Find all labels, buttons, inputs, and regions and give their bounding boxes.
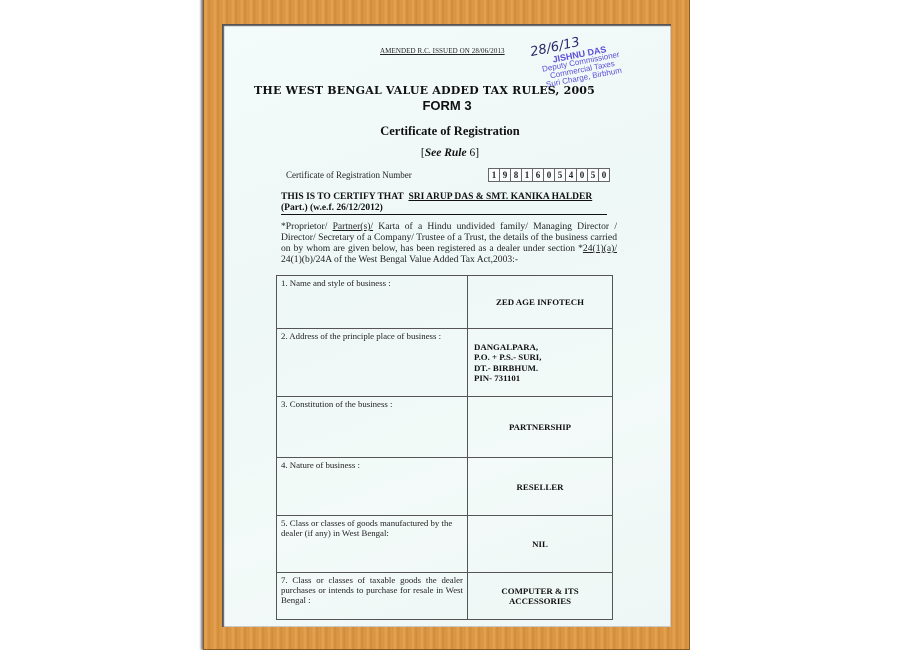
registration-digit: 0 [598,168,610,182]
row-label: 5. Class or classes of goods manufacture… [277,516,468,573]
certificate-title: Certificate of Registration [0,124,900,139]
address-line: DT.- BIRBHUM. [474,363,608,374]
registration-number-label: Certificate of Registration Number [286,170,412,180]
manufactured-goods-value: NIL [468,516,613,573]
address-value: DANGALPARA, P.O. + P.S.- SURI, DT.- BIRB… [468,329,613,397]
goods-line: COMPUTER & ITS [472,586,608,596]
see-rule-italic: See Rule [425,147,467,159]
form-title: FORM 3 [0,98,900,113]
address-line: PIN- 731101 [474,373,608,384]
table-row: 1. Name and style of business : ZED AGE … [277,276,613,329]
row-label: 4. Nature of business : [277,458,468,516]
certify-statement: THIS IS TO CERTIFY THAT SRI ARUP DAS & S… [281,192,611,215]
para-part1: *Proprietor/ [281,221,333,232]
address-line: DANGALPARA, [474,342,608,353]
goods-line: ACCESSORIES [472,596,608,606]
business-name-value: ZED AGE INFOTECH [468,276,613,329]
rules-title: THE WEST BENGAL VALUE ADDED TAX RULES, 2… [254,84,595,97]
table-row: 7. Class or classes of taxable goods the… [277,573,613,620]
row-label: 1. Name and style of business : [277,276,468,329]
row-label: 7. Class or classes of taxable goods the… [277,573,468,620]
certify-prefix: THIS IS TO CERTIFY THAT [281,192,404,202]
row-label: 3. Constitution of the business : [277,397,468,458]
table-row: 4. Nature of business : RESELLER [277,458,613,516]
certify-line2: (Part.) (w.e.f. 26/12/2012) [281,203,607,215]
row-label: 2. Address of the principle place of bus… [277,329,468,397]
table-row: 3. Constitution of the business : PARTNE… [277,397,613,458]
nature-value: RESELLER [468,458,613,516]
registration-number-boxes: 19816054050 [489,168,610,182]
certification-paragraph: *Proprietor/ Partner(s)/ Karta of a Hind… [281,221,617,265]
form-title-text: FORM 3 [422,98,471,113]
table-row: 2. Address of the principle place of bus… [277,329,613,397]
table-row: 5. Class or classes of goods manufacture… [277,516,613,573]
taxable-goods-value: COMPUTER & ITS ACCESSORIES [468,573,613,620]
para-partner: Partner(s)/ [333,221,374,232]
address-line: P.O. + P.S.- SURI, [474,352,608,363]
certify-names: SRI ARUP DAS & SMT. KANIKA HALDER [408,192,592,202]
see-rule-suffix: 6] [467,147,479,159]
constitution-value: PARTNERSHIP [468,397,613,458]
business-details-table: 1. Name and style of business : ZED AGE … [276,275,613,620]
para-part3: 24(1)(b)/24A of the West Bengal Value Ad… [281,254,518,265]
see-rule: [See Rule 6] [0,147,900,159]
amended-note: AMENDED R.C. ISSUED ON 28/06/2013 [380,47,505,55]
para-section: 24(1)(a)/ [583,243,617,254]
